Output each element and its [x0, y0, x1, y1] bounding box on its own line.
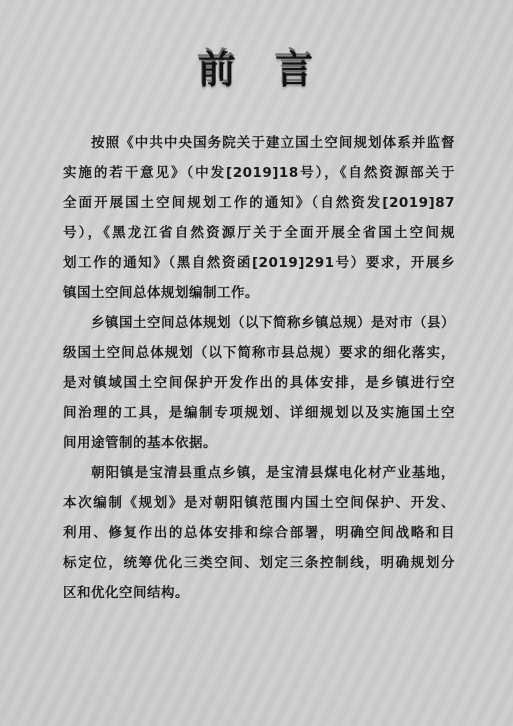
text-line: 全面开展国土空间规划工作的通知》（自然资发[2019]87	[63, 188, 455, 218]
text-line: 朝阳镇是宝清县重点乡镇，是宝清县煤电化材产业基地，	[63, 458, 455, 488]
text-line: 乡镇国土空间总体规划（以下简称乡镇总规）是对市（县）	[63, 308, 455, 338]
text-line: 按照《中共中央国务院关于建立国土空间规划体系并监督	[63, 128, 455, 158]
text-line: 本次编制《规划》是对朝阳镇范围内国土空间保护、开发、	[63, 488, 455, 518]
text-line: 区和优化空间结构。	[63, 578, 455, 608]
text-line: 间用途管制的基本依据。	[63, 428, 455, 458]
text-line: 间治理的工具，是编制专项规划、详细规划以及实施国土空	[63, 398, 455, 428]
page-title: 前 言	[0, 48, 513, 92]
paragraph: 按照《中共中央国务院关于建立国土空间规划体系并监督实施的若干意见》（中发[201…	[63, 128, 455, 308]
text-line: 标定位，统筹优化三类空间、划定三条控制线，明确规划分	[63, 548, 455, 578]
preface-body: 按照《中共中央国务院关于建立国土空间规划体系并监督实施的若干意见》（中发[201…	[63, 128, 455, 608]
text-line: 镇国土空间总体规划编制工作。	[63, 278, 455, 308]
text-line: 实施的若干意见》（中发[2019]18号），《自然资源部关于	[63, 158, 455, 188]
text-line: 是对镇域国土空间保护开发作出的具体安排，是乡镇进行空	[63, 368, 455, 398]
paragraph: 朝阳镇是宝清县重点乡镇，是宝清县煤电化材产业基地，本次编制《规划》是对朝阳镇范围…	[63, 458, 455, 608]
preface-page: 前 言 按照《中共中央国务院关于建立国土空间规划体系并监督实施的若干意见》（中发…	[0, 0, 513, 726]
paragraph: 乡镇国土空间总体规划（以下简称乡镇总规）是对市（县）级国土空间总体规划（以下简称…	[63, 308, 455, 458]
text-line: 号），《黑龙江省自然资源厅关于全面开展全省国土空间规	[63, 218, 455, 248]
text-line: 级国土空间总体规划（以下简称市县总规）要求的细化落实，	[63, 338, 455, 368]
text-line: 利用、修复作出的总体安排和综合部署，明确空间战略和目	[63, 518, 455, 548]
text-line: 划工作的通知》（黑自然资函[2019]291号）要求，开展乡	[63, 248, 455, 278]
